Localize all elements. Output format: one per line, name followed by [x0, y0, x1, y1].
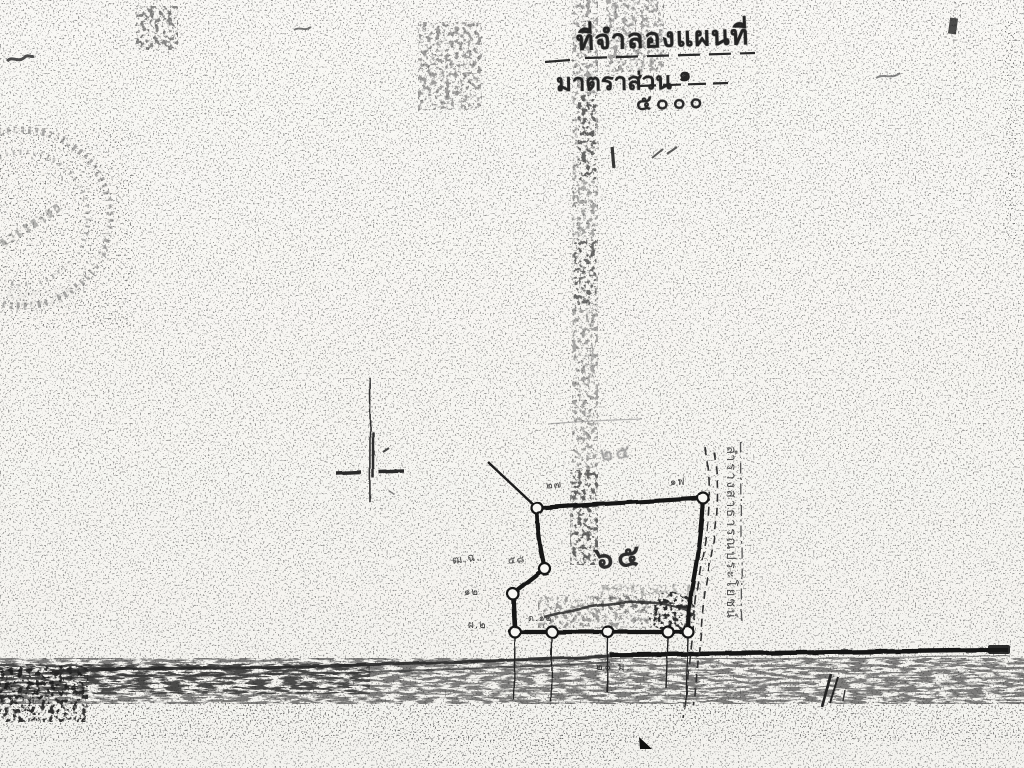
canal-name-label: ลำรางสาธารณประโยชน์ [721, 446, 742, 620]
adjacent-parcel-number-label: ๒๕ [599, 436, 635, 469]
boundary-marker-circle [540, 564, 551, 575]
scanned-map-page: ที่จำลองแผนที่ มาตราส่วน ๑ ๕๐๐๐ ๖๕ ๒๕ ลำ… [0, 0, 1024, 768]
marker-label-top-left: ๒๗ [545, 477, 562, 493]
map-linework [0, 0, 1024, 768]
marker-label-mid-left: ๕๘ [507, 552, 526, 568]
map-title: ที่จำลองแผนที่ [575, 13, 750, 62]
boundary-marker-circle [698, 493, 709, 504]
marker-label-top-right: ๑ฟ [670, 475, 685, 490]
marker-label-lower-left: ๑๒ [464, 585, 479, 600]
road-band [0, 645, 1024, 742]
boundary-marker-circle [547, 627, 558, 638]
marker-label-outside-bottom-left: ผ.๒ [468, 618, 487, 633]
marker-label-bottom-edge: ด.๑๒ [528, 611, 552, 625]
boundary-marker-circle [663, 627, 674, 638]
boundary-marker-circle [603, 627, 614, 638]
boundary-marker-circle [508, 589, 519, 600]
road-width-label: ๒๐ ม. [596, 660, 632, 675]
scale-fraction-denominator: ๕๐๐๐ [635, 85, 706, 120]
parcel-number-label: ๖๕ [592, 532, 645, 582]
boundary-marker-circle [532, 503, 543, 514]
boundary-marker-circle [683, 627, 694, 638]
ink-stamp [0, 111, 132, 328]
boundary-marker-circle [510, 627, 521, 638]
